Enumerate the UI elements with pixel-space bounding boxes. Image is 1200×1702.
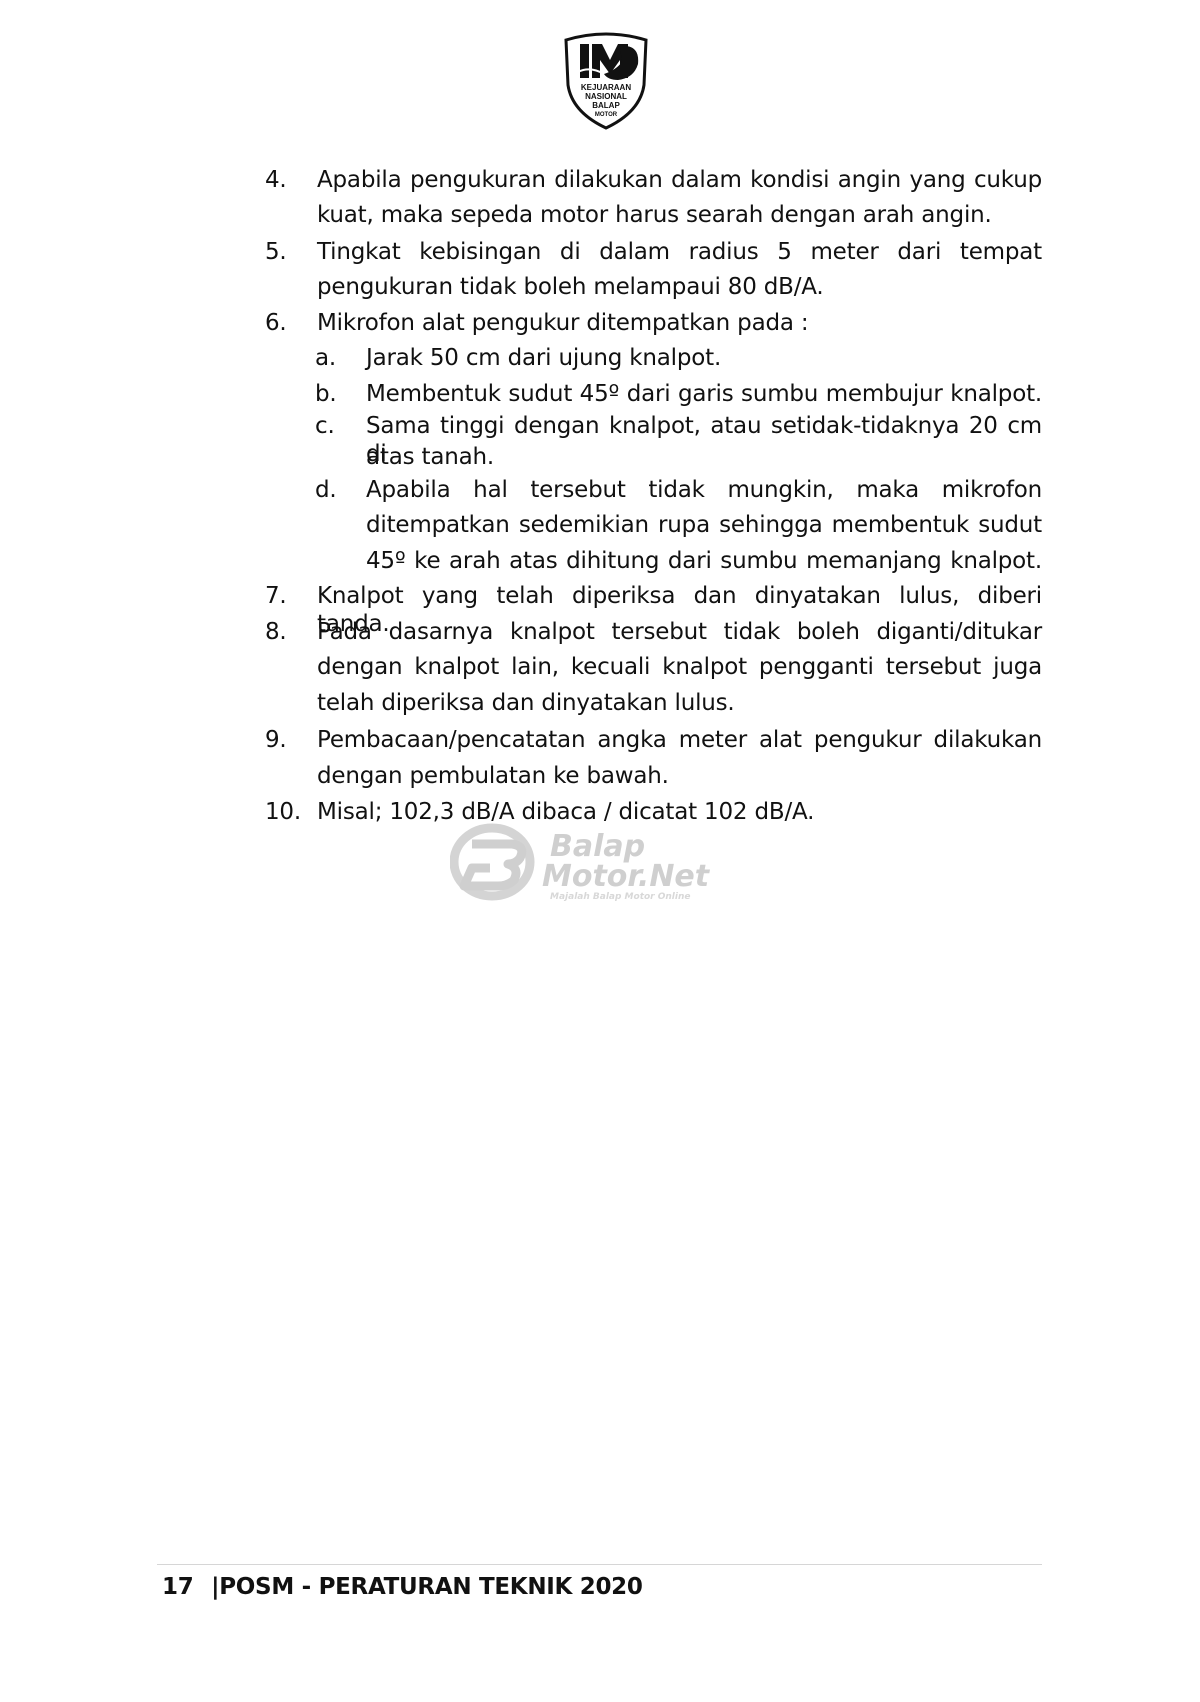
footer-divider: [157, 1564, 1042, 1565]
item-number: 8.: [265, 618, 287, 646]
item-text: kuat, maka sepeda motor harus searah den…: [317, 201, 1042, 229]
item-number: 7.: [265, 582, 287, 610]
item-number: 5.: [265, 238, 287, 266]
item-text: Tingkat kebisingan di dalam radius 5 met…: [317, 238, 1042, 266]
page-footer: 17 |POSM - PERATURAN TEKNIK 2020: [162, 1574, 643, 1600]
svg-text:KEJUARAAN: KEJUARAAN: [581, 83, 631, 92]
document-title: POSM - PERATURAN TEKNIK 2020: [219, 1574, 642, 1600]
sub-item-text: Jarak 50 cm dari ujung knalpot.: [366, 344, 1042, 372]
sub-item-letter: a.: [315, 344, 336, 372]
sub-item-letter: b.: [315, 380, 337, 408]
item-number: 6.: [265, 309, 287, 337]
svg-text:MOTOR: MOTOR: [595, 112, 618, 118]
item-text: telah diperiksa dan dinyatakan lulus.: [317, 689, 1042, 717]
item-text: Pembacaan/pencatatan angka meter alat pe…: [317, 726, 1042, 754]
sub-item-text: Membentuk sudut 45º dari garis sumbu mem…: [366, 380, 1042, 408]
item-text: Pada dasarnya knalpot tersebut tidak bol…: [317, 618, 1042, 646]
sub-item-letter: c.: [315, 412, 335, 440]
sub-item-text: 45º ke arah atas dihitung dari sumbu mem…: [366, 547, 1042, 575]
page-number: 17: [162, 1574, 193, 1600]
sub-item-text: Apabila hal tersebut tidak mungkin, maka…: [366, 476, 1042, 504]
item-number: 9.: [265, 726, 287, 754]
sub-item-text: atas tanah.: [366, 443, 1042, 471]
balapmotor-b-logo-icon: [454, 828, 530, 896]
item-text: dengan pembulatan ke bawah.: [317, 762, 1042, 790]
sub-item-letter: d.: [315, 476, 337, 504]
item-text: Apabila pengukuran dilakukan dalam kondi…: [317, 166, 1042, 194]
item-text: pengukuran tidak boleh melampaui 80 dB/A…: [317, 273, 1042, 301]
item-text: dengan knalpot lain, kecuali knalpot pen…: [317, 653, 1042, 681]
svg-text:NASIONAL: NASIONAL: [585, 92, 627, 101]
svg-text:Majalah Balap Motor Online: Majalah Balap Motor Online: [550, 892, 691, 902]
svg-text:BALAP: BALAP: [592, 101, 620, 110]
item-text: Mikrofon alat pengukur ditempatkan pada …: [317, 309, 1042, 337]
item-number: 10.: [265, 798, 301, 826]
imi-logo-icon: KEJUARAAN NASIONAL BALAP MOTOR: [560, 30, 652, 130]
svg-text:Motor.Net: Motor.Net: [542, 859, 711, 894]
item-number: 4.: [265, 166, 287, 194]
sub-item-text: ditempatkan sedemikian rupa sehingga mem…: [366, 511, 1042, 539]
balapmotor-watermark: Balap Motor.Net Majalah Balap Motor Onli…: [450, 822, 760, 902]
